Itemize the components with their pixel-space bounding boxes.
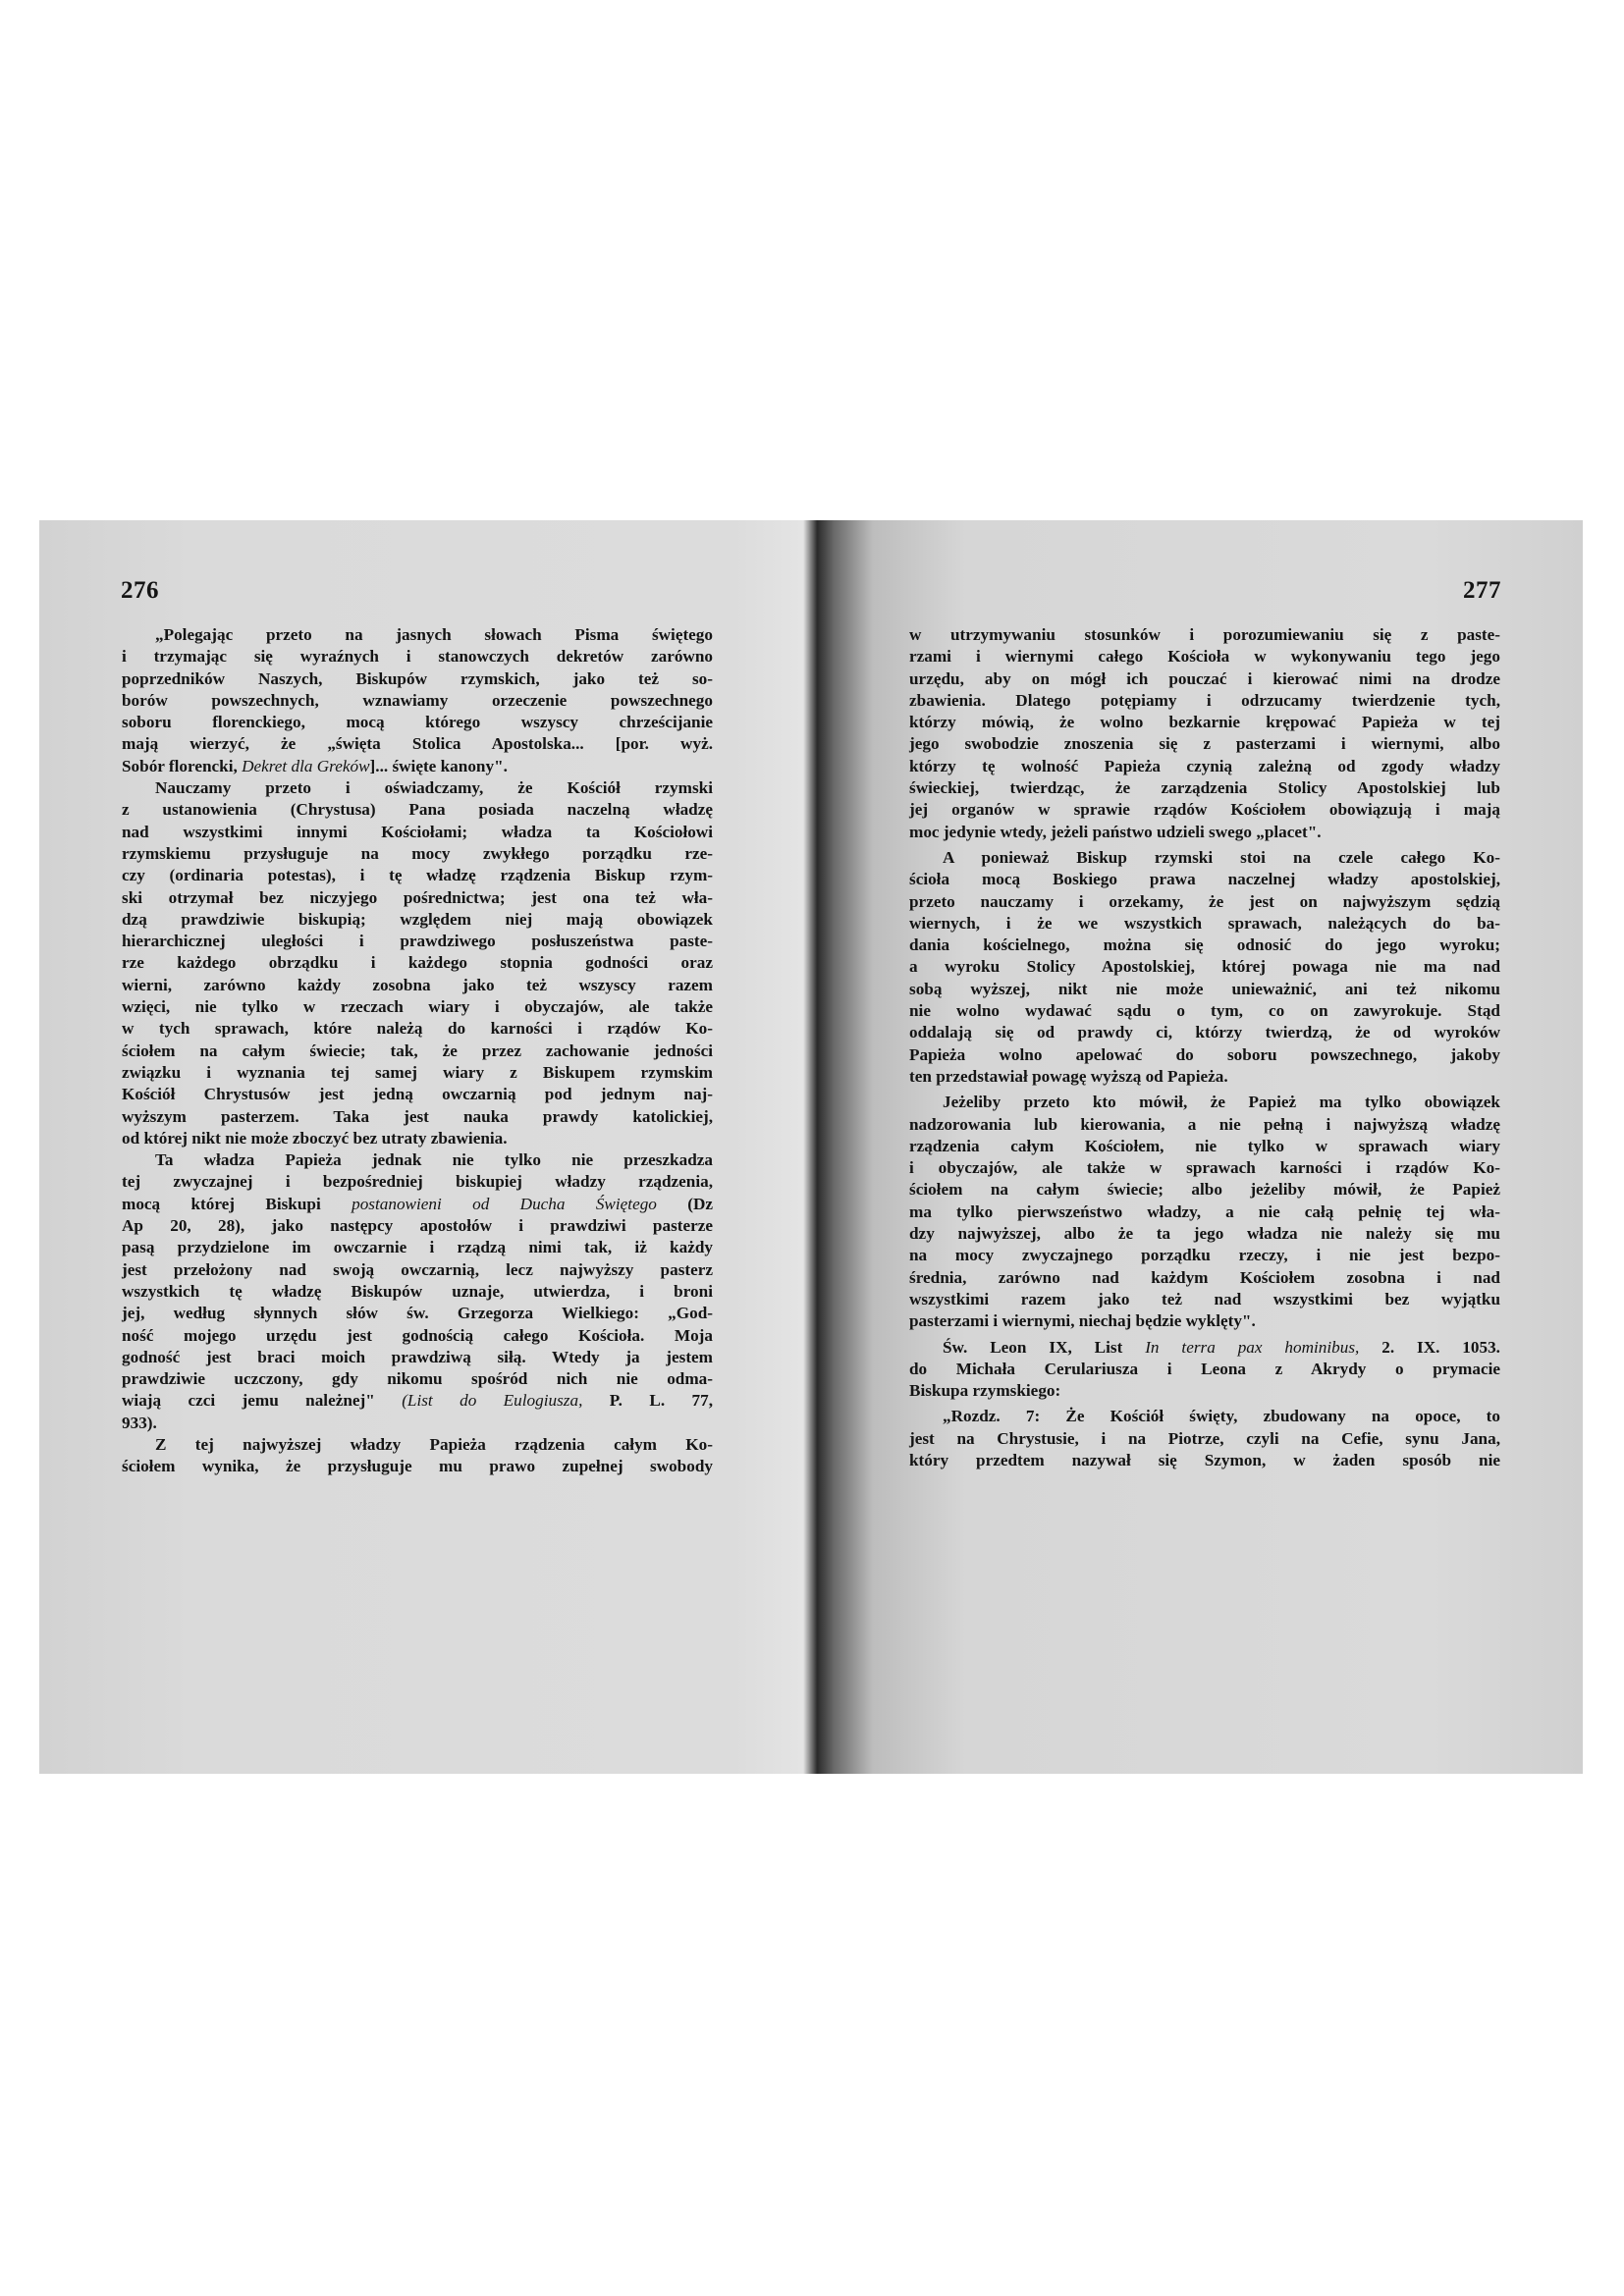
text-line: Z tej najwyższej władzy Papieża rządzeni…: [122, 1434, 713, 1456]
text-line: Nauczamy przeto i oświadczamy, że Kośció…: [122, 777, 713, 799]
text-line: wszystkich tę władzę Biskupów uznaje, ut…: [122, 1281, 713, 1303]
text-line: mają wierzyć, że „święta Stolica Apostol…: [122, 733, 713, 755]
text-line: jej organów w sprawie rządów Kościołem o…: [909, 799, 1500, 821]
text-line: moc jedynie wtedy, jeżeli państwo udziel…: [909, 822, 1500, 843]
text-line: który przedtem nazywał się Szymon, w żad…: [909, 1450, 1500, 1471]
text-line: jego swobodzie znoszenia się z pasterzam…: [909, 733, 1500, 755]
text-line: dzy najwyższej, albo że ta jego władza n…: [909, 1223, 1500, 1245]
text-line: „Polegając przeto na jasnych słowach Pis…: [122, 624, 713, 646]
text-line: ściołem wynika, że przysługuje mu prawo …: [122, 1456, 713, 1477]
text-line: Ta władza Papieża jednak nie tylko nie p…: [122, 1149, 713, 1171]
text-line: wzięci, nie tylko w rzeczach wiary i oby…: [122, 996, 713, 1018]
text-line: jest na Chrystusie, i na Piotrze, czyli …: [909, 1428, 1500, 1450]
text-line: od której nikt nie może zboczyć bez utra…: [122, 1128, 713, 1149]
text-line: ten przedstawiał powagę wyższą od Papież…: [909, 1066, 1500, 1088]
left-page: 276 „Polegając przeto na jasnych słowach…: [39, 520, 811, 1774]
text-line: ma tylko pierwszeństwo władzy, a nie cał…: [909, 1201, 1500, 1223]
text-line: ścioła mocą Boskiego prawa naczelnej wła…: [909, 869, 1500, 890]
text-line: wiają czci jemu należnej" (List do Eulog…: [122, 1390, 713, 1412]
text-line: ściołem na całym świecie; albo jeżeliby …: [909, 1179, 1500, 1201]
text-line: sobą wyższej, nikt nie może unieważnić, …: [909, 979, 1500, 1000]
page-number: 277: [1463, 577, 1501, 605]
text-line: wyższym pasterzem. Taka jest nauka prawd…: [122, 1106, 713, 1128]
text-line: pasą przydzielone im owczarnie i rządzą …: [122, 1237, 713, 1258]
text-line: „Rozdz. 7: Że Kościół święty, zbudowany …: [909, 1406, 1500, 1427]
text-line: nie wolno wydawać sądu o tym, co on zawy…: [909, 1000, 1500, 1022]
text-line: jest przełożony nad swoją owczarnią, lec…: [122, 1259, 713, 1281]
text-line: hierarchicznej uległości i prawdziwego p…: [122, 931, 713, 952]
text-line: rządzenia całym Kościołem, nie tylko w s…: [909, 1136, 1500, 1157]
page-number: 276: [121, 577, 159, 605]
text-line: ściołem na całym świecie; tak, że przez …: [122, 1041, 713, 1062]
page-text: „Polegając przeto na jasnych słowach Pis…: [122, 624, 713, 1478]
text-line: mocą której Biskupi postanowieni od Duch…: [122, 1194, 713, 1215]
text-line: a wyroku Stolicy Apostolskiej, której po…: [909, 956, 1500, 978]
text-line: ność mojego urzędu jest godnością całego…: [122, 1325, 713, 1347]
text-line: nadzorowania lub kierowania, a nie pełną…: [909, 1114, 1500, 1136]
book-scan: 276 „Polegając przeto na jasnych słowach…: [39, 520, 1583, 1774]
text-line: borów powszechnych, wznawiamy orzeczenie…: [122, 690, 713, 712]
text-line: rzymskiemu przysługuje na mocy zwykłego …: [122, 843, 713, 865]
text-line: czy (ordinaria potestas), i tę władzę rz…: [122, 865, 713, 886]
text-line: średnia, zarówno nad każdym Kościołem zo…: [909, 1267, 1500, 1289]
text-line: nad wszystkimi innymi Kościołami; władza…: [122, 822, 713, 843]
text-line: na mocy zwyczajnego porządku rzeczy, i n…: [909, 1245, 1500, 1266]
text-line: Biskupa rzymskiego:: [909, 1380, 1500, 1402]
text-line: którzy tę wolność Papieża czynią zależną…: [909, 756, 1500, 777]
text-line: zbawienia. Dlatego potępiamy i odrzucamy…: [909, 690, 1500, 712]
text-line: którzy mówią, że wolno bezkarnie krępowa…: [909, 712, 1500, 733]
text-line: urzędu, aby on mógł ich pouczać i kierow…: [909, 668, 1500, 690]
text-line: jej, według słynnych słów św. Grzegorza …: [122, 1303, 713, 1324]
text-line: rzami i wiernymi całego Kościoła w wykon…: [909, 646, 1500, 667]
text-line: A ponieważ Biskup rzymski stoi na czele …: [909, 847, 1500, 869]
text-line: dania kościelnego, można się odnosić do …: [909, 934, 1500, 956]
text-line: soboru florenckiego, mocą którego wszysc…: [122, 712, 713, 733]
right-page: 277 w utrzymywaniu stosunków i porozumie…: [811, 520, 1583, 1774]
page-text: w utrzymywaniu stosunków i porozumiewani…: [909, 624, 1500, 1471]
text-line: poprzedników Naszych, Biskupów rzymskich…: [122, 668, 713, 690]
text-line: w tych sprawach, które należą do karnośc…: [122, 1018, 713, 1040]
text-line: i trzymając się wyraźnych i stanowczych …: [122, 646, 713, 667]
text-line: wierni, zarówno każdy zosobna jako też w…: [122, 975, 713, 996]
text-line: godność jest braci moich prawdziwą siłą.…: [122, 1347, 713, 1368]
text-line: dzą prawdziwie biskupią; względem niej m…: [122, 909, 713, 931]
text-line: w utrzymywaniu stosunków i porozumiewani…: [909, 624, 1500, 646]
text-line: rze każdego obrządku i każdego stopnia g…: [122, 952, 713, 974]
text-line: Papieża wolno apelować do soboru powszec…: [909, 1044, 1500, 1066]
text-line: 933).: [122, 1413, 713, 1434]
text-line: Kościół Chrystusów jest jedną owczarnią …: [122, 1084, 713, 1105]
text-line: pasterzami i wiernymi, niechaj będzie wy…: [909, 1310, 1500, 1332]
text-line: tej zwyczajnej i bezpośredniej biskupiej…: [122, 1171, 713, 1193]
text-line: przeto nauczamy i orzekamy, że jest on n…: [909, 891, 1500, 913]
text-line: i obyczajów, ale także w sprawach karnoś…: [909, 1157, 1500, 1179]
text-line: Św. Leon IX, List In terra pax hominibus…: [909, 1337, 1500, 1359]
text-line: ski otrzymał bez niczyjego pośrednictwa;…: [122, 887, 713, 909]
text-line: wiernych, i że we wszystkich sprawach, n…: [909, 913, 1500, 934]
text-line: świeckiej, twierdząc, że zarządzenia Sto…: [909, 777, 1500, 799]
text-line: prawdziwie uczczony, gdy nikomu spośród …: [122, 1368, 713, 1390]
text-line: Sobór florencki, Dekret dla Greków]... ś…: [122, 756, 713, 777]
text-line: oddalają się od prawdy ci, którzy twierd…: [909, 1022, 1500, 1043]
text-line: do Michała Cerulariusza i Leona z Akrydy…: [909, 1359, 1500, 1380]
text-line: Ap 20, 28), jako następcy apostołów i pr…: [122, 1215, 713, 1237]
text-line: związku i wyznania tej samej wiary z Bis…: [122, 1062, 713, 1084]
text-line: wszystkimi razem jako też nad wszystkimi…: [909, 1289, 1500, 1310]
text-line: Jeżeliby przeto kto mówił, że Papież ma …: [909, 1092, 1500, 1113]
text-line: z ustanowienia (Chrystusa) Pana posiada …: [122, 799, 713, 821]
